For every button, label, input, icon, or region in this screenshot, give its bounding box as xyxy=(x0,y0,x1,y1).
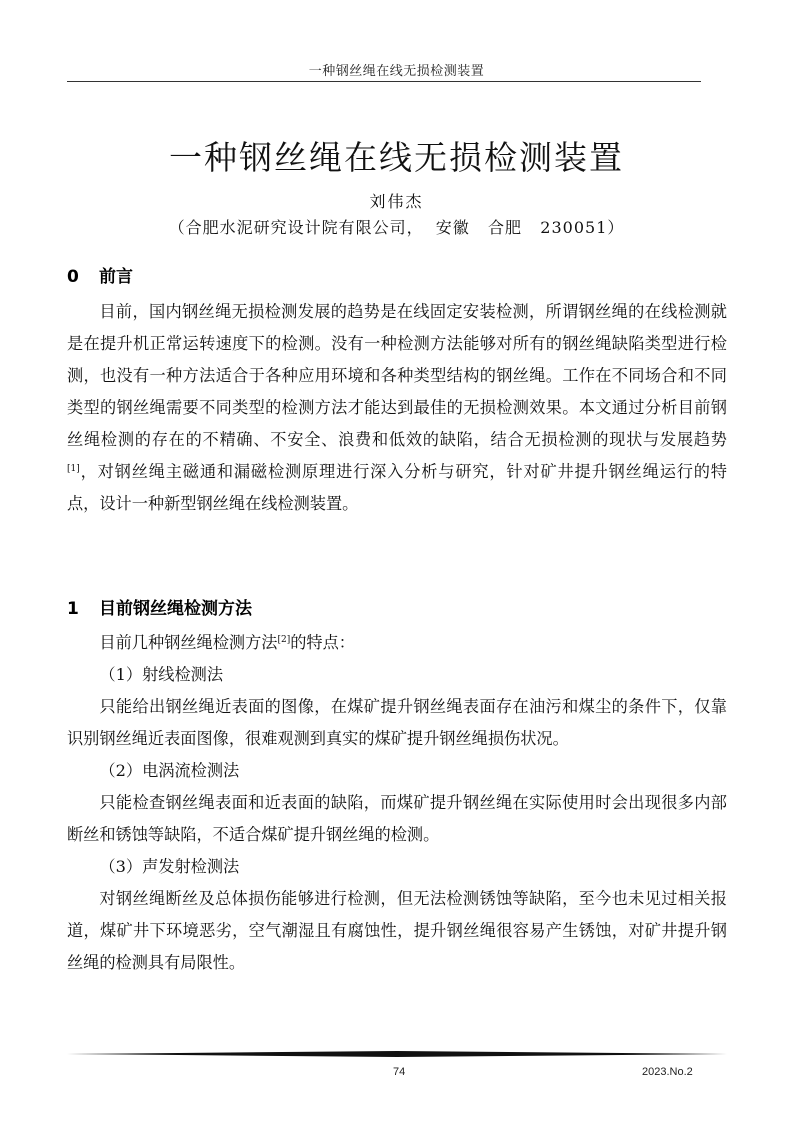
footer-rule xyxy=(67,1051,727,1057)
paragraph-text: 的特点： xyxy=(290,633,355,652)
section-heading-1: 1目前钢丝绳检测方法 xyxy=(67,594,252,619)
paragraph-text: 目前，国内钢丝绳无损检测发展的趋势是在线固定安装检测，所谓钢丝绳的在线检测就是在… xyxy=(67,302,727,449)
section-heading-0: 0前言 xyxy=(67,262,133,287)
method-label-1: （1）射线检测法 xyxy=(67,659,727,691)
citation-ref: [1] xyxy=(67,464,80,474)
paragraph-text: ，对钢丝绳主磁通和漏磁检测原理进行深入分析与研究，针对矿井提升钢丝绳运行的特点，… xyxy=(67,462,727,513)
section-0-body: 目前，国内钢丝绳无损检测发展的趋势是在线固定安装检测，所谓钢丝绳的在线检测就是在… xyxy=(67,296,727,520)
paragraph-text: 目前几种钢丝绳检测方法 xyxy=(99,633,277,652)
citation-ref: [2] xyxy=(277,635,290,645)
section-1-body: 目前几种钢丝绳检测方法[2]的特点： （1）射线检测法 只能给出钢丝绳近表面的图… xyxy=(67,627,727,979)
method-label-2: （2）电涡流检测法 xyxy=(67,755,727,787)
page-number: 74 xyxy=(393,1066,405,1078)
author-name: 刘伟杰 xyxy=(0,189,793,212)
issue-label: 2023.No.2 xyxy=(642,1066,693,1078)
method-text-1: 只能给出钢丝绳近表面的图像，在煤矿提升钢丝绳表面存在油污和煤尘的条件下，仅靠识别… xyxy=(67,691,727,755)
article-title: 一种钢丝绳在线无损检测装置 xyxy=(0,132,793,179)
section-title: 目前钢丝绳检测方法 xyxy=(99,599,252,619)
paragraph: 目前，国内钢丝绳无损检测发展的趋势是在线固定安装检测，所谓钢丝绳的在线检测就是在… xyxy=(67,296,727,520)
header-rule xyxy=(67,81,701,82)
intro-paragraph: 目前几种钢丝绳检测方法[2]的特点： xyxy=(67,627,727,659)
section-number: 0 xyxy=(67,267,99,287)
method-label-3: （3）声发射检测法 xyxy=(67,851,727,883)
author-affiliation: （合肥水泥研究设计院有限公司， 安徽 合肥 230051） xyxy=(0,215,793,238)
section-title: 前言 xyxy=(99,267,133,287)
section-number: 1 xyxy=(67,599,99,619)
running-header: 一种钢丝绳在线无损检测装置 xyxy=(0,60,793,79)
method-text-2: 只能检查钢丝绳表面和近表面的缺陷，而煤矿提升钢丝绳在实际使用时会出现很多内部断丝… xyxy=(67,787,727,851)
method-text-3: 对钢丝绳断丝及总体损伤能够进行检测，但无法检测锈蚀等缺陷，至今也未见过相关报道，… xyxy=(67,883,727,979)
